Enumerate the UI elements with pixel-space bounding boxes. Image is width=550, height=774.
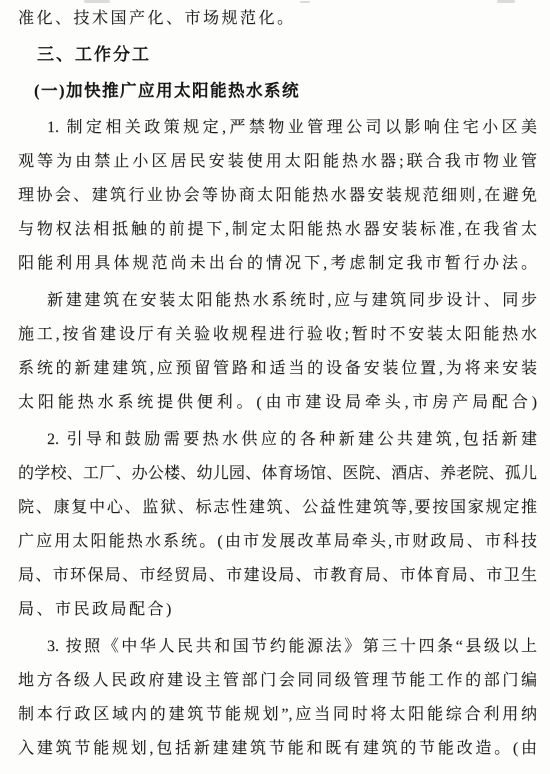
body-line: 与物权法相抵触的前提下,制定太阳能热水器安装标准,在我省太: [18, 213, 537, 247]
body-line: 1. 制定相关政策规定,严禁物业管理公司以影响住宅小区美: [18, 111, 537, 145]
body-line: 阳能利用具体规范尚未出台的情况下,考虑制定我市暂行办法。: [18, 247, 537, 281]
document-page: 准化、技术国产化、市场规范化。 三、工作分工 (一)加快推广应用太阳能热水系统 …: [0, 0, 550, 774]
paragraph-1: 1. 制定相关政策规定,严禁物业管理公司以影响住宅小区美 观等为由禁止小区居民安…: [18, 111, 537, 281]
body-line: 广应用太阳能热水系统。(由市发展改革局牵头,市财政局、市科技: [18, 525, 537, 559]
body-line: 太阳能热水系统提供便利。(由市建设局牵头,市房产局配合): [18, 386, 537, 420]
paragraph-2: 新建建筑在安装太阳能热水系统时,应与建筑同步设计、同步 施工,按省建设厅有关验收…: [18, 284, 537, 420]
body-line: 3. 按照《中华人民共和国节约能源法》第三十四条“县级以上: [18, 630, 537, 664]
body-line: 理协会、建筑行业协会等协商太阳能热水器安装规范细则,在避免: [18, 179, 537, 213]
continuation-line: 准化、技术国产化、市场规范化。: [18, 2, 537, 36]
body-line: 系统的新建建筑,应预留管路和适当的设备安装位置,为将来安装: [18, 352, 537, 386]
scan-artifact: [497, 0, 515, 3]
scan-artifact: [84, 0, 110, 3]
body-line: 地方各级人民政府建设主管部门会同同级管理节能工作的部门编: [18, 664, 537, 698]
paragraph-4: 3. 按照《中华人民共和国节约能源法》第三十四条“县级以上 地方各级人民政府建设…: [18, 630, 537, 766]
body-line: 制本行政区域内的建筑节能规划”,应当同时将太阳能综合利用纳: [18, 698, 537, 732]
scan-artifact: [300, 1, 310, 3]
body-line: 院、康复中心、监狱、标志性建筑、公益性建筑等,要按国家规定推: [18, 491, 537, 525]
body-line: 新建建筑在安装太阳能热水系统时,应与建筑同步设计、同步: [18, 284, 537, 318]
body-line: 局、市民政局配合): [18, 593, 537, 627]
body-line: 施工,按省建设厅有关验收规程进行验收;暂时不安装太阳能热水: [18, 318, 537, 352]
body-line: 的学校、工厂、办公楼、幼儿园、体育场馆、医院、酒店、养老院、孤儿: [18, 457, 537, 491]
subsection-heading: (一)加快推广应用太阳能热水系统: [18, 74, 537, 108]
body-line: 观等为由禁止小区居民安装使用太阳能热水器;联合我市物业管: [18, 145, 537, 179]
body-line: 局、市环保局、市经贸局、市建设局、市教育局、市体育局、市卫生: [18, 559, 537, 593]
body-line: 入建筑节能规划,包括新建建筑节能和既有建筑的节能改造。(由: [18, 732, 537, 766]
section-heading: 三、工作分工: [18, 38, 537, 72]
paragraph-3: 2. 引导和鼓励需要热水供应的各种新建公共建筑,包括新建 的学校、工厂、办公楼、…: [18, 423, 537, 627]
body-line: 2. 引导和鼓励需要热水供应的各种新建公共建筑,包括新建: [18, 423, 537, 457]
